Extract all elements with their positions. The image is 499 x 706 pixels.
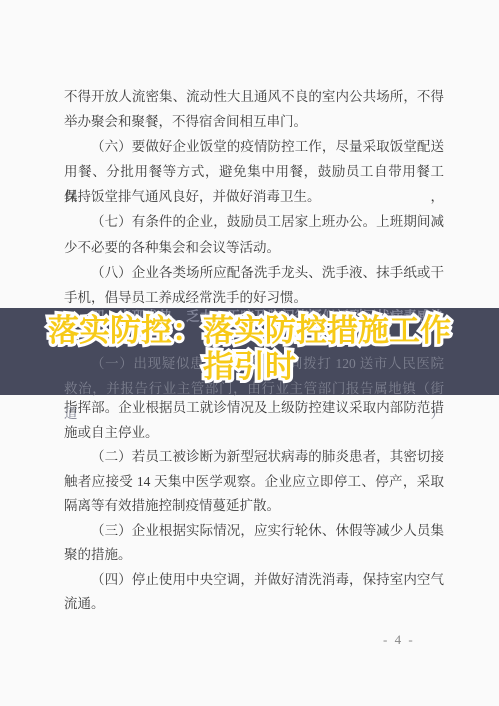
- document-line: （六）要做好企业饭堂的疫情防控工作，尽量采取饭堂配送: [64, 134, 444, 159]
- overlay-title-line2: 指引时 指引时: [0, 351, 499, 382]
- overlay-title-line1: 落实防控：落实防控措施工作 落实防控：落实防控措施工作: [0, 315, 499, 346]
- document-line: 隔离等有效措施控制疫情蔓延扩散。: [64, 494, 444, 519]
- document-line: 少不必要的各种集会和会议等活动。: [64, 235, 444, 260]
- document-text-lower: 指挥部。企业根据员工就诊情况及上级防控建议采取内部防范措 施或自主停业。 （二）…: [64, 396, 444, 617]
- overlay-title-fill: 指引时: [203, 351, 296, 382]
- scanned-document-page: 不得开放人流密集、流动性大且通风不良的室内公共场所，不得 举办聚会和聚餐，不得宿…: [0, 0, 499, 706]
- document-line: （二）若员工被诊断为新型冠状病毒的肺炎患者，其密切接: [64, 445, 444, 470]
- document-line: 聚的措施。: [64, 543, 444, 568]
- document-line: 触者应接受 14 天集中医学观察。企业应立即停工、停产，采取: [64, 470, 444, 495]
- document-line: 流通。: [64, 592, 444, 617]
- page-number: - 4 -: [383, 630, 443, 650]
- document-line: 举办聚会和聚餐，不得宿舍间相互串门。: [64, 109, 444, 134]
- document-line: 用餐、分批用餐等方式，避免集中用餐，鼓励员工自带用餐工具，: [64, 159, 444, 184]
- overlay-title-fill: 落实防控：落实防控措施工作: [48, 315, 451, 346]
- document-line: （四）停止使用中央空调，并做好清洗消毒，保持室内空气: [64, 568, 444, 593]
- document-text-upper: 不得开放人流密集、流动性大且通风不良的室内公共场所，不得 举办聚会和聚餐，不得宿…: [64, 84, 444, 310]
- document-line: 不得开放人流密集、流动性大且通风不良的室内公共场所，不得: [64, 84, 444, 109]
- document-line: （八）企业各类场所应配备洗手龙头、洗手液、抹手纸或干: [64, 260, 444, 285]
- document-line: （三）企业根据实际情况，应实行轮休、休假等减少人员集: [64, 519, 444, 544]
- document-line: （七）有条件的企业，鼓励员工居家上班办公。上班期间减: [64, 209, 444, 234]
